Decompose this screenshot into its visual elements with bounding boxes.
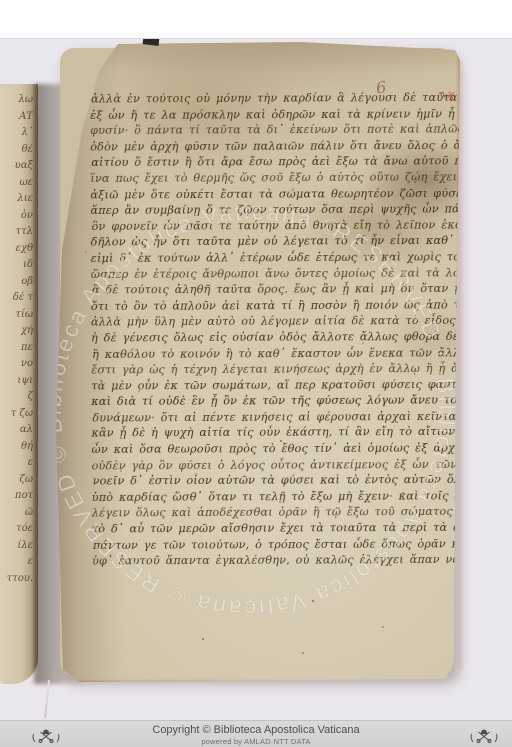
manuscript-line: οὐδὲν γὰρ ὃν φύσει ὁ λόγος οὗτος ἀντικεί… xyxy=(92,457,462,475)
red-ink-flourish: ∿ϗ xyxy=(438,88,454,101)
facing-page-fragment: ζ xyxy=(0,389,33,406)
manuscript-line: ἃ δὲ τούτοις ἀληθῆ ταῦτα ὅρος. ἕως ἂν ᾖ … xyxy=(92,282,462,300)
facing-page-fragment: αλ xyxy=(0,422,33,439)
facing-page-fragment: πε xyxy=(0,340,33,357)
manuscript-line: ἢ καθόλου τὸ κοινόν ἢ τὸ καθ᾽ ἕκαστον ὧν… xyxy=(92,345,462,363)
facing-page-fragment: ε xyxy=(0,554,33,571)
facing-page-fragment: λιε xyxy=(0,191,33,208)
manuscript-line: φυσίν· ὃ πάντα τί ταῦτα τὰ δι᾽ ἐκείνων ὅ… xyxy=(90,122,460,140)
facing-page-fragment: υαξ xyxy=(0,158,33,175)
facing-page-fragment: ῶ xyxy=(0,505,33,522)
red-ink-margin-tick: · xyxy=(84,248,87,259)
vatican-emblem-icon xyxy=(468,725,500,745)
facing-page-fragment: ττλ xyxy=(0,224,33,241)
manuscript-line: ὁδὸν μὲν ἀρχὴ φύσιν τῶν παλαιῶν πάλιν ὅτ… xyxy=(90,138,460,156)
manuscript-line: κἂν ᾖ δὲ ἡ ψυχὴ αἰτία τίς οὖν ἑκάστη, τί… xyxy=(91,425,461,443)
facing-page-fragment: ε xyxy=(0,455,33,472)
manuscript-line: ἡ δὲ γένεσις ὅλως εἰς οὐσίαν ὁδὸς ἄλλοτε… xyxy=(91,329,461,347)
manuscript-text-block: ἀλλὰ ἐν τούτοις οὐ μόνην τὴν καρδίαν ἃ λ… xyxy=(90,90,462,570)
powered-by-text: powered by AMLAD·NTT DATA xyxy=(0,737,512,746)
manuscript-line: τὸ δ᾽ αὖ τῶν μερῶν αἴσθησιν ἔχει τὰ τοια… xyxy=(92,520,462,538)
binding-thread xyxy=(44,680,50,718)
facing-page-fragment: τόε xyxy=(0,521,33,538)
manuscript-line: ὥσπερ ἐν ἑτέροις ἄνθρωποι ἄνω ὄντες ὁμοί… xyxy=(91,266,461,284)
facing-page-fragment: θέ xyxy=(0,142,33,159)
manuscript-line: δῆλον ὡς ἦν ὅτι ταῦτα μὲν οὐ λέγεται τὸ … xyxy=(91,234,461,252)
digitized-manuscript-scan: λωΑΤλ᾽θέυαξωελιεὀνττλεχθιδοβδέ ττίωχήπεν… xyxy=(0,0,512,747)
copyright-text: Copyright © Biblioteca Apostolica Vatica… xyxy=(0,724,512,736)
manuscript-line: εἰμὶ δ᾽ ἐκ τούτων ἀλλ᾽ ἑτέρων ὧδε ἑτέρως… xyxy=(91,250,461,268)
manuscript-line: ὑπὸ καρδίας ὥσθ᾽ ὅταν τι τελῇ τὸ ἔξω μὴ … xyxy=(92,489,462,507)
facing-page-fragment: εχθ xyxy=(0,241,33,258)
facing-page-fragment: ίλε xyxy=(0,538,33,555)
facing-page-fragment: ΑΤ xyxy=(0,109,33,126)
manuscript-line: ὑφ᾽ ἑαυτοῦ ἅπαντα ἐγκαλέσθην, οὐ καλῶς ἐ… xyxy=(92,552,462,570)
facing-page-fragment: νο xyxy=(0,356,33,373)
facing-page-fragment: λ᾽ xyxy=(0,125,33,142)
facing-page-fragment: τίω xyxy=(0,307,33,324)
facing-page-fragment: χή xyxy=(0,323,33,340)
manuscript-line: τὰ μὲν οὖν ἐκ τῶν σωμάτων, αἵ περ κρατοῦ… xyxy=(91,377,461,395)
manuscript-line: ἀξιῶ μὲν ὅτε οὐκέτι ἔσται τὰ σώματα θεωρ… xyxy=(90,186,460,204)
facing-page-fragment: ττου. xyxy=(0,571,33,588)
manuscript-line: ὃν φρονεῖν ὧν πᾶσί τε ταύτην ἀπὸ θνητὰ ε… xyxy=(92,218,462,236)
facing-page-fragment: ιδ xyxy=(0,257,33,274)
facing-page-fragment: ωε xyxy=(0,175,33,192)
facing-page-fragment: ιψι xyxy=(0,373,33,390)
facing-page-text-fragments: λωΑΤλ᾽θέυαξωελιεὀνττλεχθιδοβδέ ττίωχήπεν… xyxy=(0,92,33,587)
manuscript-line: ἀλλὰ μὴν ὕλη μὲν αὐτὸ οὐ λέγομεν αἰτία δ… xyxy=(91,313,461,331)
facing-page-fragment: δέ τ xyxy=(0,290,33,307)
facing-page-fragment: ποτ xyxy=(0,488,33,505)
manuscript-line: νοεῖν δ᾽ ἐστὶν οἷον αὐτῶν τὰ φύσει καὶ τ… xyxy=(93,473,463,491)
facing-page-fragment: ὀν xyxy=(0,208,33,225)
facing-page-fragment: θή xyxy=(0,439,33,456)
parchment-specks xyxy=(50,40,52,42)
facing-page-fragment: λω xyxy=(0,92,33,109)
facing-page-fragment: οβ xyxy=(0,274,33,291)
manuscript-line: ὧν καὶ ὅσα θεωροῦσι πρὸς τὸ ἔθος τίν᾽ ἀε… xyxy=(92,441,462,459)
manuscript-page: 6 ἀλλὰ ἐν τούτοις οὐ μόνην τὴν καρδίαν ἃ… xyxy=(50,40,462,684)
facing-page-fragment: τ ζω xyxy=(0,406,33,423)
manuscript-line: ἅπερ ἂν συμβαίνῃ ὅ τε ζῷον τούτων ὅσα πε… xyxy=(90,202,460,220)
manuscript-line: αἰτίου ὅ ἔστιν ἢ ὅτι ἄρα ἔσω πρὸς ἀεὶ ἔξ… xyxy=(91,154,461,172)
page-bottom-edge xyxy=(64,679,448,684)
manuscript-line: ὅτι τὸ ὂν τὸ ἁπλοῦν ἀεὶ κατὰ τί ἢ ποσὸν … xyxy=(91,297,461,315)
facing-page-edge: λωΑΤλ᾽θέυαξωελιεὀνττλεχθιδοβδέ ττίωχήπεν… xyxy=(0,84,38,684)
manuscript-line: πάντων γε τῶν τοιούτων, ὁ τρόπος ἔσται ὧ… xyxy=(93,536,463,554)
manuscript-line: ἀλλὰ ἐν τούτοις οὐ μόνην τὴν καρδίαν ἃ λ… xyxy=(91,90,461,108)
manuscript-line: λέγειν ὅλως καὶ ἀποδέχεσθαι ὁρᾶν ἢ τῷ ἔξ… xyxy=(92,505,462,523)
manuscript-line: ἐξ ὧν ἥ τε λα πρόσκλην καὶ ὁδηρῶν καὶ τὰ… xyxy=(90,106,460,124)
scanner-top-band xyxy=(0,0,512,39)
facing-page-fragment: ζω xyxy=(0,472,33,489)
manuscript-line: ἵνα πως ἔχει τὸ θερμῆς ὥς σοῦ ἔξω ὁ αὐτὸ… xyxy=(90,170,460,188)
manuscript-line: ἔστι γὰρ ὡς ἡ τέχνη λέγεται κινήσεως ἀρχ… xyxy=(91,361,461,379)
footer-bar: Copyright © Biblioteca Apostolica Vatica… xyxy=(0,720,512,747)
manuscript-line: καὶ διὰ τί οὐδὲ ἓν ᾗ ὂν ἐκ τῶν τῆς φύσεω… xyxy=(91,393,461,411)
manuscript-line: δυνάμεων· ὅτι αἱ πέντε κινήσεις αἱ φέρου… xyxy=(92,409,462,427)
fore-edge-tint xyxy=(458,60,465,670)
